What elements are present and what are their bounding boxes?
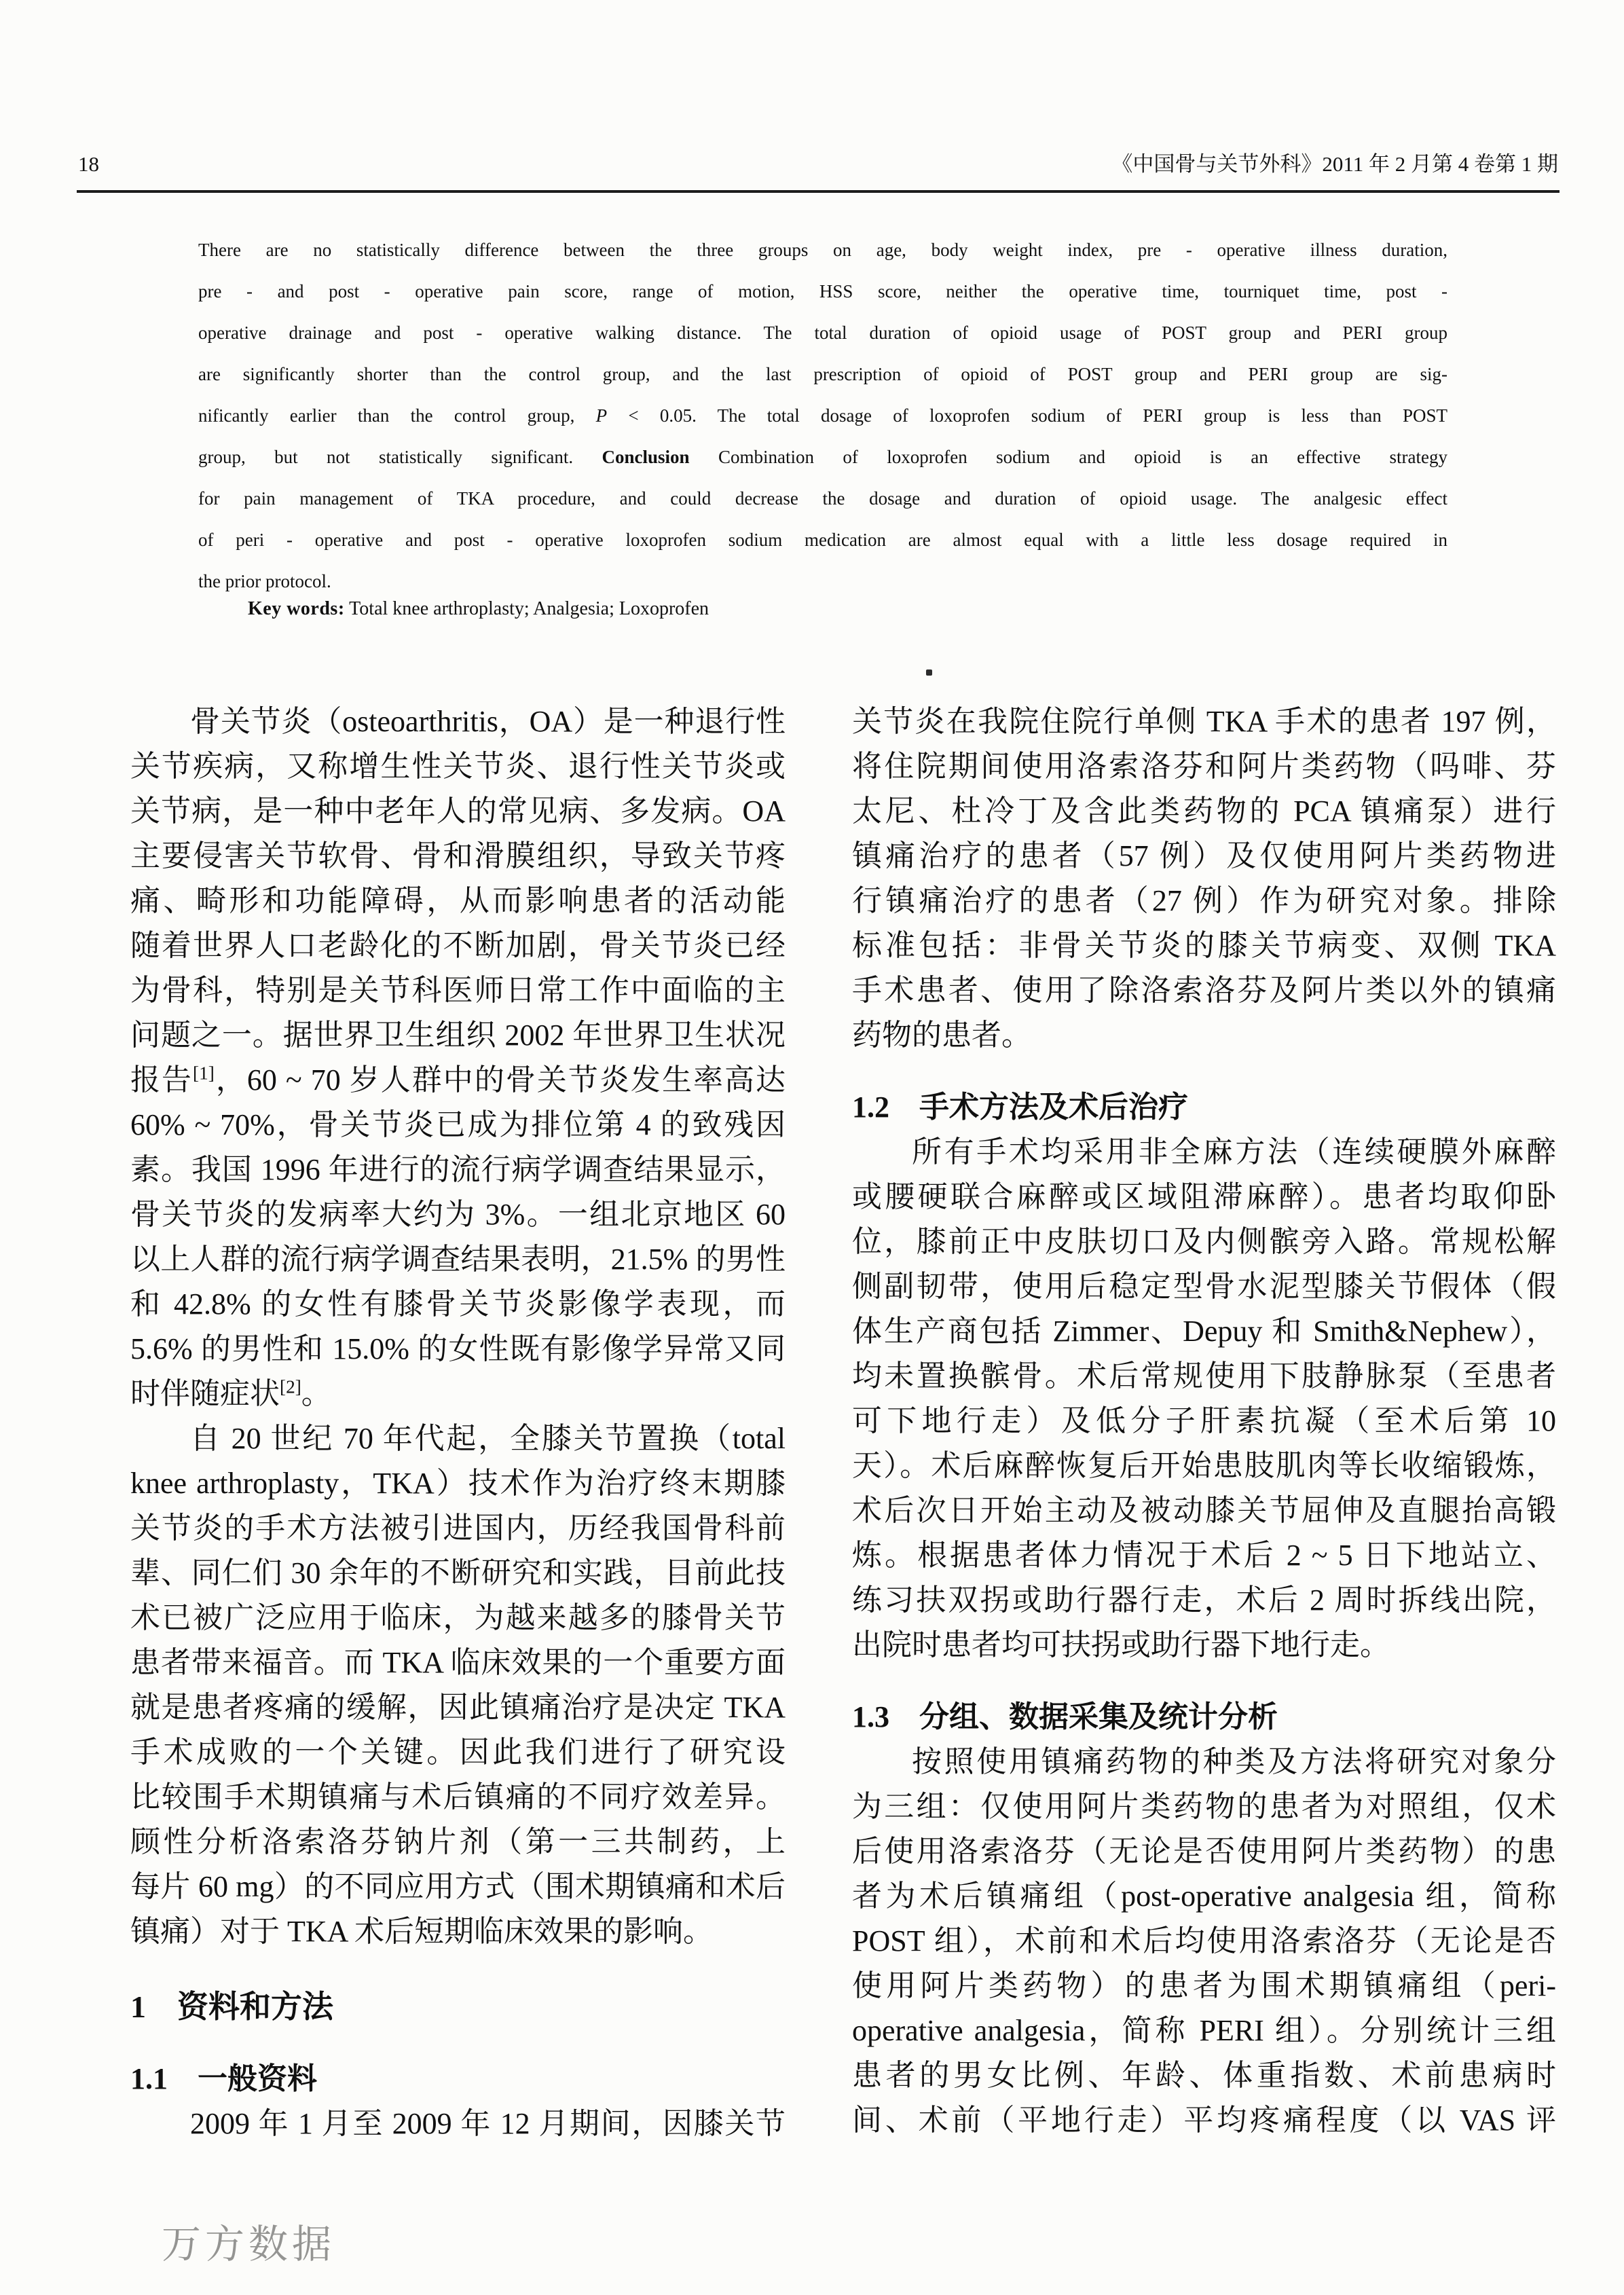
text-line: 和 42.8% 的女性有膝骨关节炎影像学表现，而 (130, 1282, 786, 1327)
text-line: 太尼、杜冷丁及含此类药物的 PCA 镇痛泵）进行 (852, 789, 1556, 834)
text-line: 间、术前（平地行走）平均疼痛程度（以 VAS 评 (852, 2098, 1556, 2143)
text-line: 镇痛）对于 TKA 术后短期临床效果的影响。 (130, 1909, 786, 1954)
text-line: 者为术后镇痛组（post-operative analgesia 组，简称 (852, 1874, 1556, 1919)
abstract-english: There are no statistically difference be… (198, 229, 1447, 602)
text-line: 练习扶双拐或助行器行走，术后 2 周时拆线出院， (852, 1578, 1556, 1623)
abstract-line: nificantly earlier than the control grou… (198, 395, 1447, 437)
text-line: 手术成败的一个关键。因此我们进行了研究设计， (130, 1730, 786, 1775)
text-line: 就是患者疼痛的缓解，因此镇痛治疗是决定 TKA (130, 1685, 786, 1730)
text-line: 主要侵害关节软骨、骨和滑膜组织，导致关节疼 (130, 834, 786, 879)
text-line: 随着世界人口老龄化的不断加剧，骨关节炎已经成 (130, 923, 786, 968)
abstract-line: of peri - operative and post - operative… (198, 519, 1447, 561)
text-line: 均未置换髌骨。术后常规使用下肢静脉泵（至患者 (852, 1354, 1556, 1399)
text-line: knee arthroplasty，TKA）技术作为治疗终末期膝骨 (130, 1461, 786, 1506)
text-line: 关节炎在我院住院行单侧 TKA 手术的患者 197 例， (852, 699, 1556, 744)
text-line: 以上人群的流行病学调查结果表明，21.5% 的男性 (130, 1237, 786, 1282)
section-heading: 1 资料和方法 (130, 1985, 786, 2030)
header-divider (77, 190, 1560, 193)
keywords-text: Total knee arthroplasty; Analgesia; Loxo… (349, 598, 709, 619)
text-line: 问题之一。据世界卫生组织 2002 年世界卫生状况 (130, 1013, 786, 1058)
text-line: 每片 60 mg）的不同应用方式（围术期镇痛和术后 (130, 1865, 786, 1909)
text-line: 按照使用镇痛药物的种类及方法将研究对象分 (852, 1740, 1556, 1784)
text-line: 2009 年 1 月至 2009 年 12 月期间，因膝关节骨 (130, 2101, 786, 2146)
text-line: 手术患者、使用了除洛索洛芬及阿片类以外的镇痛 (852, 968, 1556, 1013)
text-line: 素。我国 1996 年进行的流行病学调查结果显示， (130, 1147, 786, 1192)
text-line: 辈、同仁们 30 余年的不断研究和实践，目前此技 (130, 1551, 786, 1596)
text-line: 天）。术后麻醉恢复后开始患肢肌肉等长收缩锻炼， (852, 1444, 1556, 1488)
text-line: 炼。根据患者体力情况于术后 2 ~ 5 日下地站立、 (852, 1533, 1556, 1578)
text-line: 术已被广泛应用于临床，为越来越多的膝骨关节炎 (130, 1596, 786, 1640)
text-line: 位，膝前正中皮肤切口及内侧髌旁入路。常规松解 (852, 1219, 1556, 1264)
keywords-label: Key words: (248, 598, 345, 619)
text-line: 骨关节炎的发病率大约为 3%。一组北京地区 60 岁 (130, 1192, 786, 1237)
text-line: 侧副韧带，使用后稳定型骨水泥型膝关节假体（假 (852, 1264, 1556, 1309)
text-line: 后使用洛索洛芬（无论是否使用阿片类药物）的患 (852, 1829, 1556, 1874)
text-line: 60% ~ 70%，骨关节炎已成为排位第 4 的致残因 (130, 1103, 786, 1147)
text-line: 时伴随症状[2]。 (130, 1372, 786, 1416)
abstract-line: There are no statistically difference be… (198, 229, 1447, 271)
text-line: POST 组），术前和术后均使用洛索洛芬（无论是否 (852, 1919, 1556, 1964)
wanfang-watermark: 万方数据 (162, 2212, 335, 2269)
scan-speck (926, 669, 932, 676)
text-line: 将住院期间使用洛索洛芬和阿片类药物（吗啡、芬 (852, 744, 1556, 789)
text-line: 或腰硬联合麻醉或区域阻滞麻醉）。患者均取仰卧 (852, 1175, 1556, 1219)
text-line: 比较围手术期镇痛与术后镇痛的不同疗效差异。回 (130, 1775, 786, 1820)
subsection-heading: 1.1 一般资料 (130, 2057, 786, 2101)
abstract-line: operative drainage and post - operative … (198, 312, 1447, 354)
text-line: 骨关节炎（osteoarthritis，OA）是一种退行性 (130, 699, 786, 744)
page-header: 18 《中国骨与关节外科》2011 年 2 月第 4 卷第 1 期 (78, 151, 1558, 178)
text-line: 出院时患者均可扶拐或助行器下地行走。 (852, 1623, 1556, 1668)
text-line: 痛、畸形和功能障碍，从而影响患者的活动能力。 (130, 879, 786, 923)
subsection-heading: 1.3 分组、数据采集及统计分析 (852, 1695, 1556, 1740)
abstract-line: are significantly shorter than the contr… (198, 354, 1447, 395)
body-column-right: 关节炎在我院住院行单侧 TKA 手术的患者 197 例，将住院期间使用洛索洛芬和… (852, 699, 1556, 2143)
abstract-line: pre - and post - operative pain score, r… (198, 271, 1447, 312)
abstract-line: for pain management of TKA procedure, an… (198, 478, 1447, 519)
page-number: 18 (78, 151, 99, 178)
text-line: 使用阿片类药物）的患者为围术期镇痛组（peri- (852, 1964, 1556, 2008)
text-line: 顾性分析洛索洛芬钠片剂（第一三共制药，上海， (130, 1820, 786, 1865)
text-line: 患者带来福音。而 TKA 临床效果的一个重要方面 (130, 1640, 786, 1685)
scanned-paper-page: 18 《中国骨与关节外科》2011 年 2 月第 4 卷第 1 期 There … (0, 0, 1624, 2295)
text-line: 药物的患者。 (852, 1013, 1556, 1058)
text-line: 关节炎的手术方法被引进国内，历经我国骨科前 (130, 1506, 786, 1551)
text-line: 为三组：仅使用阿片类药物的患者为对照组，仅术 (852, 1784, 1556, 1829)
journal-citation: 《中国骨与关节外科》2011 年 2 月第 4 卷第 1 期 (1111, 151, 1558, 178)
keywords-line: Key words: Total knee arthroplasty; Anal… (248, 588, 709, 629)
text-line: 自 20 世纪 70 年代起，全膝关节置换（total (130, 1416, 786, 1461)
text-line: 行镇痛治疗的患者（27 例）作为研究对象。排除 (852, 879, 1556, 923)
text-line: 所有手术均采用非全麻方法（连续硬膜外麻醉 (852, 1130, 1556, 1175)
text-line: 报告[1]，60 ~ 70 岁人群中的骨关节炎发生率高达 (130, 1058, 786, 1103)
text-line: 患者的男女比例、年龄、体重指数、术前患病时 (852, 2053, 1556, 2098)
text-line: 标准包括：非骨关节炎的膝关节病变、双侧 TKA (852, 923, 1556, 968)
subsection-heading: 1.2 手术方法及术后治疗 (852, 1085, 1556, 1130)
text-line: 镇痛治疗的患者（57 例）及仅使用阿片类药物进 (852, 834, 1556, 879)
text-line: operative analgesia，简称 PERI 组）。分别统计三组 (852, 2008, 1556, 2053)
text-line: 可下地行走）及低分子肝素抗凝（至术后第 10 (852, 1399, 1556, 1444)
text-line: 5.6% 的男性和 15.0% 的女性既有影像学异常又同 (130, 1327, 786, 1372)
text-line: 为骨科，特别是关节科医师日常工作中面临的主要 (130, 968, 786, 1013)
text-line: 体生产商包括 Zimmer、Depuy 和 Smith&Nephew）， (852, 1309, 1556, 1354)
body-column-left: 骨关节炎（osteoarthritis，OA）是一种退行性关节疾病，又称增生性关… (130, 699, 786, 2146)
text-line: 术后次日开始主动及被动膝关节屈伸及直腿抬高锻 (852, 1488, 1556, 1533)
text-line: 关节疾病，又称增生性关节炎、退行性关节炎或骨 (130, 744, 786, 789)
abstract-line: group, but not statistically significant… (198, 437, 1447, 478)
text-line: 关节病，是一种中老年人的常见病、多发病。OA (130, 789, 786, 834)
